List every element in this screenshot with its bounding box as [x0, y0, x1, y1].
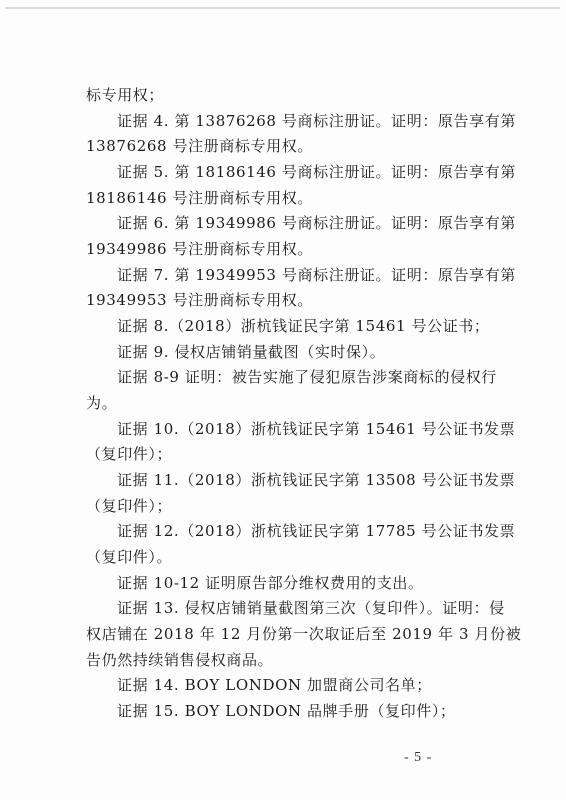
evidence-10-line: 证据 10.（2018）浙杭钱证民字第 15461 号公证书发票 — [117, 420, 478, 438]
evidence-7-line: 证据 7. 第 19349953 号商标注册证。证明：原告享有第 — [117, 266, 478, 284]
text-line: 18186146 号注册商标专用权。 — [86, 189, 313, 207]
text-line: 标专用权； — [86, 86, 164, 104]
evidence-12-line: 证据 12.（2018）浙杭钱证民字第 17785 号公证书发票 — [117, 522, 478, 540]
evidence-14-line: 证据 14. BOY LONDON 加盟商公司名单； — [117, 676, 432, 694]
text-line: 19349953 号注册商标专用权。 — [86, 291, 313, 309]
evidence-9-line: 证据 9. 侵权店铺销量截图（实时保）。 — [117, 343, 385, 361]
evidence-4-line: 证据 4. 第 13876268 号商标注册证。证明：原告享有第 — [117, 112, 478, 130]
evidence-8-line: 证据 8.（2018）浙杭钱证民字第 15461 号公证书； — [117, 317, 490, 335]
text-line: 权店铺在 2018 年 12 月份第一次取证后至 2019 年 3 月份被 — [86, 625, 478, 643]
scan-top-edge — [5, 7, 560, 9]
text-line: 13876268 号注册商标专用权。 — [86, 137, 313, 155]
evidence-13-line: 证据 13. 侵权店铺销量截图第三次（复印件）。证明：侵 — [117, 599, 478, 617]
text-line: 19349986 号注册商标专用权。 — [86, 240, 313, 258]
document-page: 标专用权； 证据 4. 第 13876268 号商标注册证。证明：原告享有第 1… — [0, 0, 566, 800]
text-line: （复印件）。 — [86, 548, 172, 566]
evidence-6-line: 证据 6. 第 19349986 号商标注册证。证明：原告享有第 — [117, 214, 478, 232]
page-number: - 5 - — [404, 750, 432, 766]
evidence-8-9-proof-line: 证据 8-9 证明：被告实施了侵犯原告涉案商标的侵权行 — [117, 368, 478, 386]
text-line: 为。 — [86, 394, 117, 412]
text-line: （复印件）； — [86, 497, 172, 515]
evidence-15-line: 证据 15. BOY LONDON 品牌手册（复印件）； — [117, 702, 456, 720]
evidence-5-line: 证据 5. 第 18186146 号商标注册证。证明：原告享有第 — [117, 163, 478, 181]
text-line: （复印件）； — [86, 445, 172, 463]
text-line: 告仍然持续销售侵权商品。 — [86, 651, 273, 669]
evidence-10-12-proof-line: 证据 10-12 证明原告部分维权费用的支出。 — [117, 574, 424, 592]
evidence-11-line: 证据 11.（2018）浙杭钱证民字第 13508 号公证书发票 — [117, 471, 478, 489]
